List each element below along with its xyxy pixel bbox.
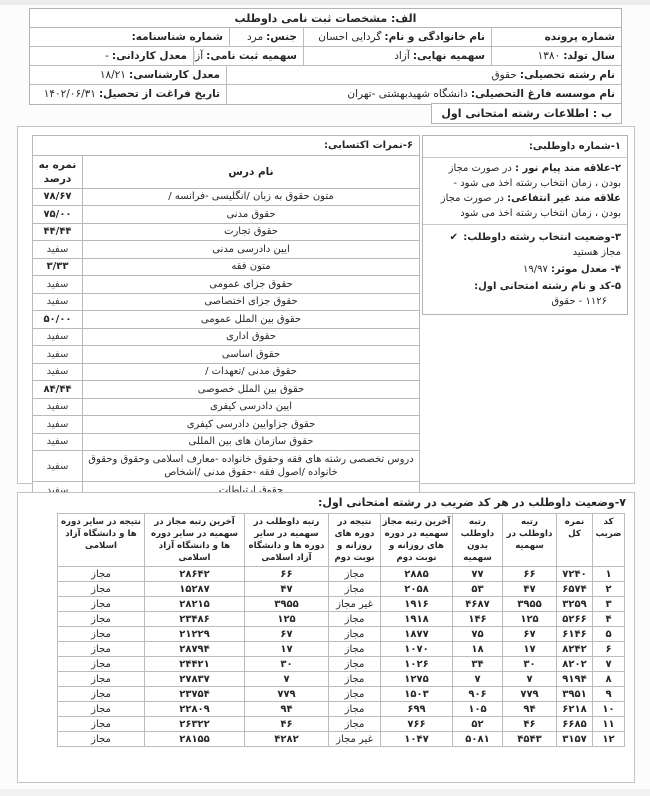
result-day-header: نتیجه در دوره های روزانه و نوبت دوم: [329, 514, 381, 567]
course-name-cell: حقوق جزای اختصاصی: [83, 293, 420, 311]
coef-cell: ۲۸۶۴۲: [145, 567, 245, 582]
coef-cell: ۳۰: [503, 657, 557, 672]
score-value-cell: سفید: [33, 293, 83, 311]
coef-cell: ۱۰۴۷: [381, 732, 453, 747]
coef-cell: مجاز: [329, 717, 381, 732]
section-a-title: الف: مشخصات ثبت نامی داوطلب: [30, 9, 621, 28]
coef-row: ۷۸۲۰۲۳۰۳۴۱۰۲۶مجاز۳۰۲۴۴۲۱مجاز: [58, 657, 625, 672]
birth-year-value: ۱۳۸۰: [538, 50, 561, 62]
coef-cell: ۱۲۵: [503, 612, 557, 627]
coef-cell: مجاز: [58, 642, 145, 657]
full-name-value: گردایی احسان: [318, 31, 381, 43]
coef-cell: ۲۶۳۲۲: [145, 717, 245, 732]
graduation-date-label: تاریخ فراغت از تحصیل:: [99, 88, 220, 100]
coef-row: ۹۳۹۵۱۷۷۹۹۰۶۱۵۰۳مجاز۷۷۹۲۳۷۵۴مجاز: [58, 687, 625, 702]
coef-cell: ۵: [593, 627, 625, 642]
coef-cell: ۶: [593, 642, 625, 657]
coef-cell: ۷۵: [453, 627, 503, 642]
coef-cell: ۶۹۹: [381, 702, 453, 717]
score-value-cell: سفید: [33, 346, 83, 364]
coef-cell: ۱۰۷۰: [381, 642, 453, 657]
score-row: ایین دادرسی مدنیسفید: [33, 241, 420, 259]
section-a-registration-table: الف: مشخصات ثبت نامی داوطلب شماره پرونده…: [29, 8, 622, 105]
coef-cell: مجاز: [58, 687, 145, 702]
score-value-cell: سفید: [33, 433, 83, 451]
coef-cell: ۴۲۸۲: [245, 732, 329, 747]
course-name-cell: ایین دادرسی مدنی: [83, 241, 420, 259]
coef-cell: ۷: [593, 657, 625, 672]
score-row: حقوق مدنی۷۵/۰۰: [33, 206, 420, 224]
coef-cell: ۶۷: [245, 627, 329, 642]
course-name-cell: حقوق تجارت: [83, 223, 420, 241]
coef-row: ۴۵۲۶۶۱۲۵۱۴۶۱۹۱۸مجاز۱۲۵۲۳۴۸۶مجاز: [58, 612, 625, 627]
rank-no-quota-header: رتبه داوطلب بدون سهمیه: [453, 514, 503, 567]
section-b-title: ب : اطلاعات رشته امتحانی اول: [431, 103, 622, 124]
coef-cell: ۳۹۵۵: [245, 597, 329, 612]
first-field-code-label: ۵-کد و نام رشته امتحانی اول:: [429, 279, 621, 294]
coef-cell: مجاز: [329, 687, 381, 702]
status-block: ۳-وضعیت انتخاب رشته داوطلب: ✔ مجاز هستید…: [423, 225, 627, 314]
score-percent-header: نمره به درصد: [33, 155, 83, 188]
coef-cell: مجاز: [329, 642, 381, 657]
coef-cell: ۴۷: [245, 582, 329, 597]
coef-cell: ۸: [593, 672, 625, 687]
coef-cell: ۳۰: [245, 657, 329, 672]
course-name-cell: حقوق جزاوایین دادرسی کیفری: [83, 416, 420, 434]
graduation-date-cell: تاریخ فراغت از تحصیل:۱۴۰۲/۰۶/۳۱: [30, 85, 226, 103]
coef-cell: ۳۹۵۱: [557, 687, 593, 702]
scores-title: ۶-نمرات اکتسابی:: [33, 136, 420, 156]
course-name-cell: حقوق اساسی: [83, 346, 420, 364]
institute-cell: نام موسسه فارغ التحصیلی:دانشگاه شهیدبهشت…: [226, 85, 621, 103]
effective-gpa-value: ۱۹/۹۷: [523, 264, 548, 275]
coef-cell: ۲: [593, 582, 625, 597]
coef-cell: ۵۳: [453, 582, 503, 597]
scores-title-row: ۶-نمرات اکتسابی:: [33, 136, 420, 156]
course-name-cell: حقوق بین الملل عمومی: [83, 311, 420, 329]
file-number-cell: شماره پرونده: [491, 28, 621, 46]
coef-cell: ۵۰۸۱: [453, 732, 503, 747]
course-name-cell: حقوق سازمان های بین المللی: [83, 433, 420, 451]
score-value-cell: ۳/۳۳: [33, 258, 83, 276]
course-name-cell: حقوق مدنی /تعهدات /: [83, 363, 420, 381]
coef-cell: ۲۲۸۰۹: [145, 702, 245, 717]
table-row: نام رشته تحصیلی:حقوق معدل کارشناسی:۱۸/۲۱: [30, 66, 621, 85]
coef-cell: ۱۸۷۷: [381, 627, 453, 642]
score-value-cell: ۷۵/۰۰: [33, 206, 83, 224]
associate-gpa-value: -: [105, 50, 109, 62]
bachelor-gpa-label: معدل کارشناسی:: [129, 69, 220, 81]
coef-row: ۲۶۵۷۴۴۷۵۳۲۰۵۸مجاز۴۷۱۵۲۸۷مجاز: [58, 582, 625, 597]
coef-cell: ۱۵۲۸۷: [145, 582, 245, 597]
score-row: دروس تخصصی رشته های فقه وحقوق خانواده -م…: [33, 451, 420, 482]
coef-cell: ۹۴: [503, 702, 557, 717]
coef-cell: ۱۹۱۶: [381, 597, 453, 612]
course-name-cell: حقوق اداری: [83, 328, 420, 346]
registration-quota-cell: سهمیه ثبت نامی:آزاد: [193, 47, 303, 65]
coef-row: ۸۹۱۹۴۷۷۱۲۷۵مجاز۷۲۷۸۳۷مجاز: [58, 672, 625, 687]
score-row: حقوق بین الملل عمومی۵۰/۰۰: [33, 311, 420, 329]
coef-cell: ۸۲۰۲: [557, 657, 593, 672]
course-name-cell: حقوق مدنی: [83, 206, 420, 224]
table-row: شماره پرونده نام خانوادگی و نام:گردایی ا…: [30, 28, 621, 47]
coef-cell: ۶۷: [503, 627, 557, 642]
coef-cell: ۸۲۴۲: [557, 642, 593, 657]
id-number-cell: شماره شناسنامه:: [30, 28, 229, 46]
coef-cell: ۷: [503, 672, 557, 687]
coef-cell: ۶۶: [245, 567, 329, 582]
scan-edge-top: [0, 0, 650, 5]
coef-cell: مجاز: [58, 717, 145, 732]
scores-table: ۶-نمرات اکتسابی: نام درس نمره به درصد مت…: [32, 135, 420, 500]
coef-cell: غیر مجاز: [329, 597, 381, 612]
id-number-label: شماره شناسنامه:: [132, 31, 223, 43]
coef-cell: مجاز: [58, 597, 145, 612]
course-name-cell: متون فقه: [83, 258, 420, 276]
final-quota-label: سهمیه نهایی:: [413, 50, 485, 62]
coef-cell: ۶۵۷۴: [557, 582, 593, 597]
coef-cell: ۶۲۱۸: [557, 702, 593, 717]
first-field-code-row: ۵-کد و نام رشته امتحانی اول: ۱۱۲۶ - حقوق: [429, 279, 621, 309]
coef-cell: ۱۵۰۳: [381, 687, 453, 702]
coefficient-status-table: کد ضریب نمره کل رتبه داوطلب در سهمیه رتب…: [57, 513, 625, 747]
coef-cell: مجاز: [329, 702, 381, 717]
score-value-cell: ۷۸/۶۷: [33, 188, 83, 206]
coef-cell: ۱۴۶: [453, 612, 503, 627]
coef-cell: ۹: [593, 687, 625, 702]
coef-row: ۵۶۱۴۶۶۷۷۵۱۸۷۷مجاز۶۷۲۱۲۲۹مجاز: [58, 627, 625, 642]
score-row: حقوق جزای عمومیسفید: [33, 276, 420, 294]
score-value-cell: ۵۰/۰۰: [33, 311, 83, 329]
coef-cell: ۱۲۵: [245, 612, 329, 627]
gender-label: جنس:: [266, 31, 297, 43]
coef-cell: ۷۲۴۰: [557, 567, 593, 582]
coef-row: ۳۳۲۵۹۳۹۵۵۴۶۸۷۱۹۱۶غیر مجاز۳۹۵۵۲۸۲۱۵مجاز: [58, 597, 625, 612]
coef-cell: ۳۲۵۹: [557, 597, 593, 612]
coef-cell: ۳۱۵۷: [557, 732, 593, 747]
coef-cell: ۷۷: [453, 567, 503, 582]
score-value-cell: سفید: [33, 416, 83, 434]
section-7-title: ۷-وضعیت داوطلب در هر کد ضریب در رشته امت…: [18, 493, 634, 511]
course-name-cell: ایین دادرسی کیفری: [83, 398, 420, 416]
candidate-number-label: ۱-شماره داوطلبی:: [529, 141, 621, 152]
coef-cell: مجاز: [329, 612, 381, 627]
institute-label: نام موسسه فارغ التحصیلی:: [471, 88, 615, 100]
study-field-cell: نام رشته تحصیلی:حقوق: [226, 66, 621, 84]
coef-cell: ۴۷: [503, 582, 557, 597]
coef-cell: ۱۲۷۵: [381, 672, 453, 687]
bachelor-gpa-value: ۱۸/۲۱: [100, 69, 126, 81]
gender-value: مرد: [247, 31, 263, 43]
coef-row: ۱۱۶۶۸۵۴۶۵۲۷۶۶مجاز۴۶۲۶۳۲۲مجاز: [58, 717, 625, 732]
coef-cell: مجاز: [329, 582, 381, 597]
course-name-cell: حقوق جزای عمومی: [83, 276, 420, 294]
coef-cell: ۲۳۷۵۴: [145, 687, 245, 702]
section-7-container: ۷-وضعیت داوطلب در هر کد ضریب در رشته امت…: [17, 492, 635, 783]
coef-cell: ۴۶۸۷: [453, 597, 503, 612]
score-value-cell: سفید: [33, 398, 83, 416]
coef-cell: مجاز: [58, 672, 145, 687]
coef-cell: ۲۸۷۹۴: [145, 642, 245, 657]
payamnoor-interest-label: ۲-علاقه مند پیام نور :: [515, 163, 621, 174]
coef-row: ۱۰۶۲۱۸۹۴۱۰۵۶۹۹مجاز۹۴۲۲۸۰۹مجاز: [58, 702, 625, 717]
coef-cell: ۳۹۵۵: [503, 597, 557, 612]
coef-cell: ۱۷: [245, 642, 329, 657]
result-other-header: نتیجه در سایر دوره ها و دانشگاه آزاد اسل…: [58, 514, 145, 567]
gender-cell: جنس:مرد: [229, 28, 303, 46]
coef-cell: ۹۴: [245, 702, 329, 717]
score-row: ایین دادرسی کیفریسفید: [33, 398, 420, 416]
coef-cell: ۱۷: [503, 642, 557, 657]
scan-edge-bottom: [0, 789, 650, 796]
associate-gpa-cell: معدل کاردانی:-: [30, 47, 193, 65]
score-row: متون فقه۳/۳۳: [33, 258, 420, 276]
coef-cell: ۴۶: [503, 717, 557, 732]
score-row: حقوق جزاوایین دادرسی کیفریسفید: [33, 416, 420, 434]
last-allowed-rank-other-header: آخرین رتبه مجاز در سهمیه در سایر دوره ها…: [145, 514, 245, 567]
registration-quota-label: سهمیه ثبت نامی:: [206, 50, 297, 62]
coef-cell: ۶۶۸۵: [557, 717, 593, 732]
coef-cell: ۴۶: [245, 717, 329, 732]
score-row: متون حقوق به زبان /انگلیسی -فرانسه /۷۸/۶…: [33, 188, 420, 206]
score-value-cell: سفید: [33, 363, 83, 381]
coef-cell: مجاز: [329, 627, 381, 642]
coef-cell: ۷۶۶: [381, 717, 453, 732]
score-row: حقوق اساسیسفید: [33, 346, 420, 364]
coef-cell: ۲۸۱۵۵: [145, 732, 245, 747]
coef-cell: ۹۱۹۴: [557, 672, 593, 687]
full-name-label: نام خانوادگی و نام:: [384, 31, 485, 43]
coef-cell: ۷: [245, 672, 329, 687]
coef-cell: ۳۴: [453, 657, 503, 672]
associate-gpa-label: معدل کاردانی:: [112, 50, 187, 62]
coef-cell: مجاز: [329, 567, 381, 582]
coef-cell: غیر مجاز: [329, 732, 381, 747]
coef-cell: ۲۴۴۲۱: [145, 657, 245, 672]
last-allowed-rank-day-header: آخرین رتبه مجاز سهمیه در دوره های روزانه…: [381, 514, 453, 567]
course-name-header: نام درس: [83, 155, 420, 188]
nonprofit-interest-label: علاقه مند غیر انتفاعی:: [507, 193, 621, 204]
coef-cell: ۲۸۸۵: [381, 567, 453, 582]
course-name-cell: حقوق بین الملل خصوصی: [83, 381, 420, 399]
payamnoor-interest-row: ۲-علاقه مند پیام نور : در صورت مجاز بودن…: [423, 158, 627, 225]
graduation-date-value: ۱۴۰۲/۰۶/۳۱: [44, 88, 96, 100]
check-icon: ✔: [450, 232, 458, 243]
coef-table-body: ۱۷۲۴۰۶۶۷۷۲۸۸۵مجاز۶۶۲۸۶۴۲مجاز۲۶۵۷۴۴۷۵۳۲۰۵…: [58, 567, 625, 747]
study-field-label: نام رشته تحصیلی:: [520, 69, 615, 81]
coef-cell: مجاز: [329, 672, 381, 687]
score-row: حقوق بین الملل خصوصی۸۴/۴۴: [33, 381, 420, 399]
score-row: حقوق سازمان های بین المللیسفید: [33, 433, 420, 451]
coef-cell: ۱۰۵: [453, 702, 503, 717]
coef-cell: ۷۷۹: [245, 687, 329, 702]
coef-cell: ۲۱۲۲۹: [145, 627, 245, 642]
score-row: حقوق اداریسفید: [33, 328, 420, 346]
coef-cell: مجاز: [58, 582, 145, 597]
coef-cell: ۱۸: [453, 642, 503, 657]
scores-header-row: نام درس نمره به درصد: [33, 155, 420, 188]
total-score-header: نمره کل: [557, 514, 593, 567]
coef-cell: ۹۰۶: [453, 687, 503, 702]
coef-cell: ۲۰۵۸: [381, 582, 453, 597]
bachelor-gpa-cell: معدل کارشناسی:۱۸/۲۱: [30, 66, 226, 84]
coef-cell: ۱۰۲۶: [381, 657, 453, 672]
coef-cell: ۲۷۸۳۷: [145, 672, 245, 687]
score-value-cell: سفید: [33, 241, 83, 259]
score-row: حقوق جزای اختصاصیسفید: [33, 293, 420, 311]
coef-cell: ۱۰: [593, 702, 625, 717]
first-field-code-value: ۱۱۲۶ - حقوق: [429, 294, 621, 309]
registration-quota-value: آزاد: [193, 50, 203, 62]
coef-header-row: کد ضریب نمره کل رتبه داوطلب در سهمیه رتب…: [58, 514, 625, 567]
birth-year-label: سال تولد:: [563, 50, 615, 62]
coef-cell: ۲۸۲۱۵: [145, 597, 245, 612]
file-number-label: شماره پرونده: [545, 31, 615, 43]
final-quota-cell: سهمیه نهایی:آزاد: [303, 47, 491, 65]
course-name-cell: متون حقوق به زبان /انگلیسی -فرانسه /: [83, 188, 420, 206]
coef-cell: مجاز: [58, 627, 145, 642]
coef-table-head: کد ضریب نمره کل رتبه داوطلب در سهمیه رتب…: [58, 514, 625, 567]
score-value-cell: سفید: [33, 328, 83, 346]
full-name-cell: نام خانوادگی و نام:گردایی احسان: [303, 28, 491, 46]
coef-cell: ۴۵۴۳: [503, 732, 557, 747]
coef-cell: ۵۲: [453, 717, 503, 732]
coef-cell: ۲۳۴۸۶: [145, 612, 245, 627]
score-value-cell: سفید: [33, 451, 83, 482]
coef-cell: مجاز: [58, 657, 145, 672]
selection-status-value: مجاز هستید: [573, 247, 621, 258]
coef-cell: ۱: [593, 567, 625, 582]
scores-table-body: ۶-نمرات اکتسابی: نام درس نمره به درصد مت…: [33, 136, 420, 500]
coef-cell: ۶۶: [503, 567, 557, 582]
coef-row: ۱۲۳۱۵۷۴۵۴۳۵۰۸۱۱۰۴۷غیر مجاز۴۲۸۲۲۸۱۵۵مجاز: [58, 732, 625, 747]
coef-cell: مجاز: [58, 567, 145, 582]
selection-status-label: ۳-وضعیت انتخاب رشته داوطلب:: [463, 232, 621, 243]
coef-cell: ۷۷۹: [503, 687, 557, 702]
candidate-number-row: ۱-شماره داوطلبی:: [423, 136, 627, 158]
coef-cell: ۱۲: [593, 732, 625, 747]
final-quota-value: آزاد: [394, 50, 410, 62]
coef-cell: ۷: [453, 672, 503, 687]
score-value-cell: ۸۴/۴۴: [33, 381, 83, 399]
coef-cell: مجاز: [58, 612, 145, 627]
coef-cell: ۴: [593, 612, 625, 627]
coef-cell: ۱۱: [593, 717, 625, 732]
effective-gpa-row: ۴- معدل موثر: ۱۹/۹۷: [429, 262, 621, 277]
study-field-value: حقوق: [491, 69, 516, 81]
score-value-cell: سفید: [33, 276, 83, 294]
coef-row: ۶۸۲۴۲۱۷۱۸۱۰۷۰مجاز۱۷۲۸۷۹۴مجاز: [58, 642, 625, 657]
coef-code-header: کد ضریب: [593, 514, 625, 567]
table-row: سال تولد:۱۳۸۰ سهمیه نهایی:آزاد سهمیه ثبت…: [30, 47, 621, 66]
candidate-info-box: ۱-شماره داوطلبی: ۲-علاقه مند پیام نور : …: [422, 135, 628, 315]
coef-cell: ۱۹۱۸: [381, 612, 453, 627]
coef-row: ۱۷۲۴۰۶۶۷۷۲۸۸۵مجاز۶۶۲۸۶۴۲مجاز: [58, 567, 625, 582]
effective-gpa-label: ۴- معدل موثر:: [551, 264, 621, 275]
rank-in-quota-header: رتبه داوطلب در سهمیه: [503, 514, 557, 567]
course-name-cell: دروس تخصصی رشته های فقه وحقوق خانواده -م…: [83, 451, 420, 482]
coef-cell: ۵۲۶۶: [557, 612, 593, 627]
coef-cell: ۶۱۴۶: [557, 627, 593, 642]
birth-year-cell: سال تولد:۱۳۸۰: [491, 47, 621, 65]
institute-value: دانشگاه شهیدبهشتی -تهران: [347, 88, 467, 100]
coef-cell: ۳: [593, 597, 625, 612]
document-page: الف: مشخصات ثبت نامی داوطلب شماره پرونده…: [0, 0, 650, 796]
coef-cell: مجاز: [58, 702, 145, 717]
coef-cell: مجاز: [58, 732, 145, 747]
selection-status-row: ۳-وضعیت انتخاب رشته داوطلب: ✔ مجاز هستید: [429, 230, 621, 260]
score-row: حقوق مدنی /تعهدات /سفید: [33, 363, 420, 381]
coef-cell: مجاز: [329, 657, 381, 672]
score-value-cell: ۴۴/۴۴: [33, 223, 83, 241]
section-b-container: ۱-شماره داوطلبی: ۲-علاقه مند پیام نور : …: [17, 126, 635, 484]
table-row: نام موسسه فارغ التحصیلی:دانشگاه شهیدبهشت…: [30, 85, 621, 103]
rank-other-header: رتبه داوطلب در سهمیه در سایر دوره ها و د…: [245, 514, 329, 567]
score-row: حقوق تجارت۴۴/۴۴: [33, 223, 420, 241]
